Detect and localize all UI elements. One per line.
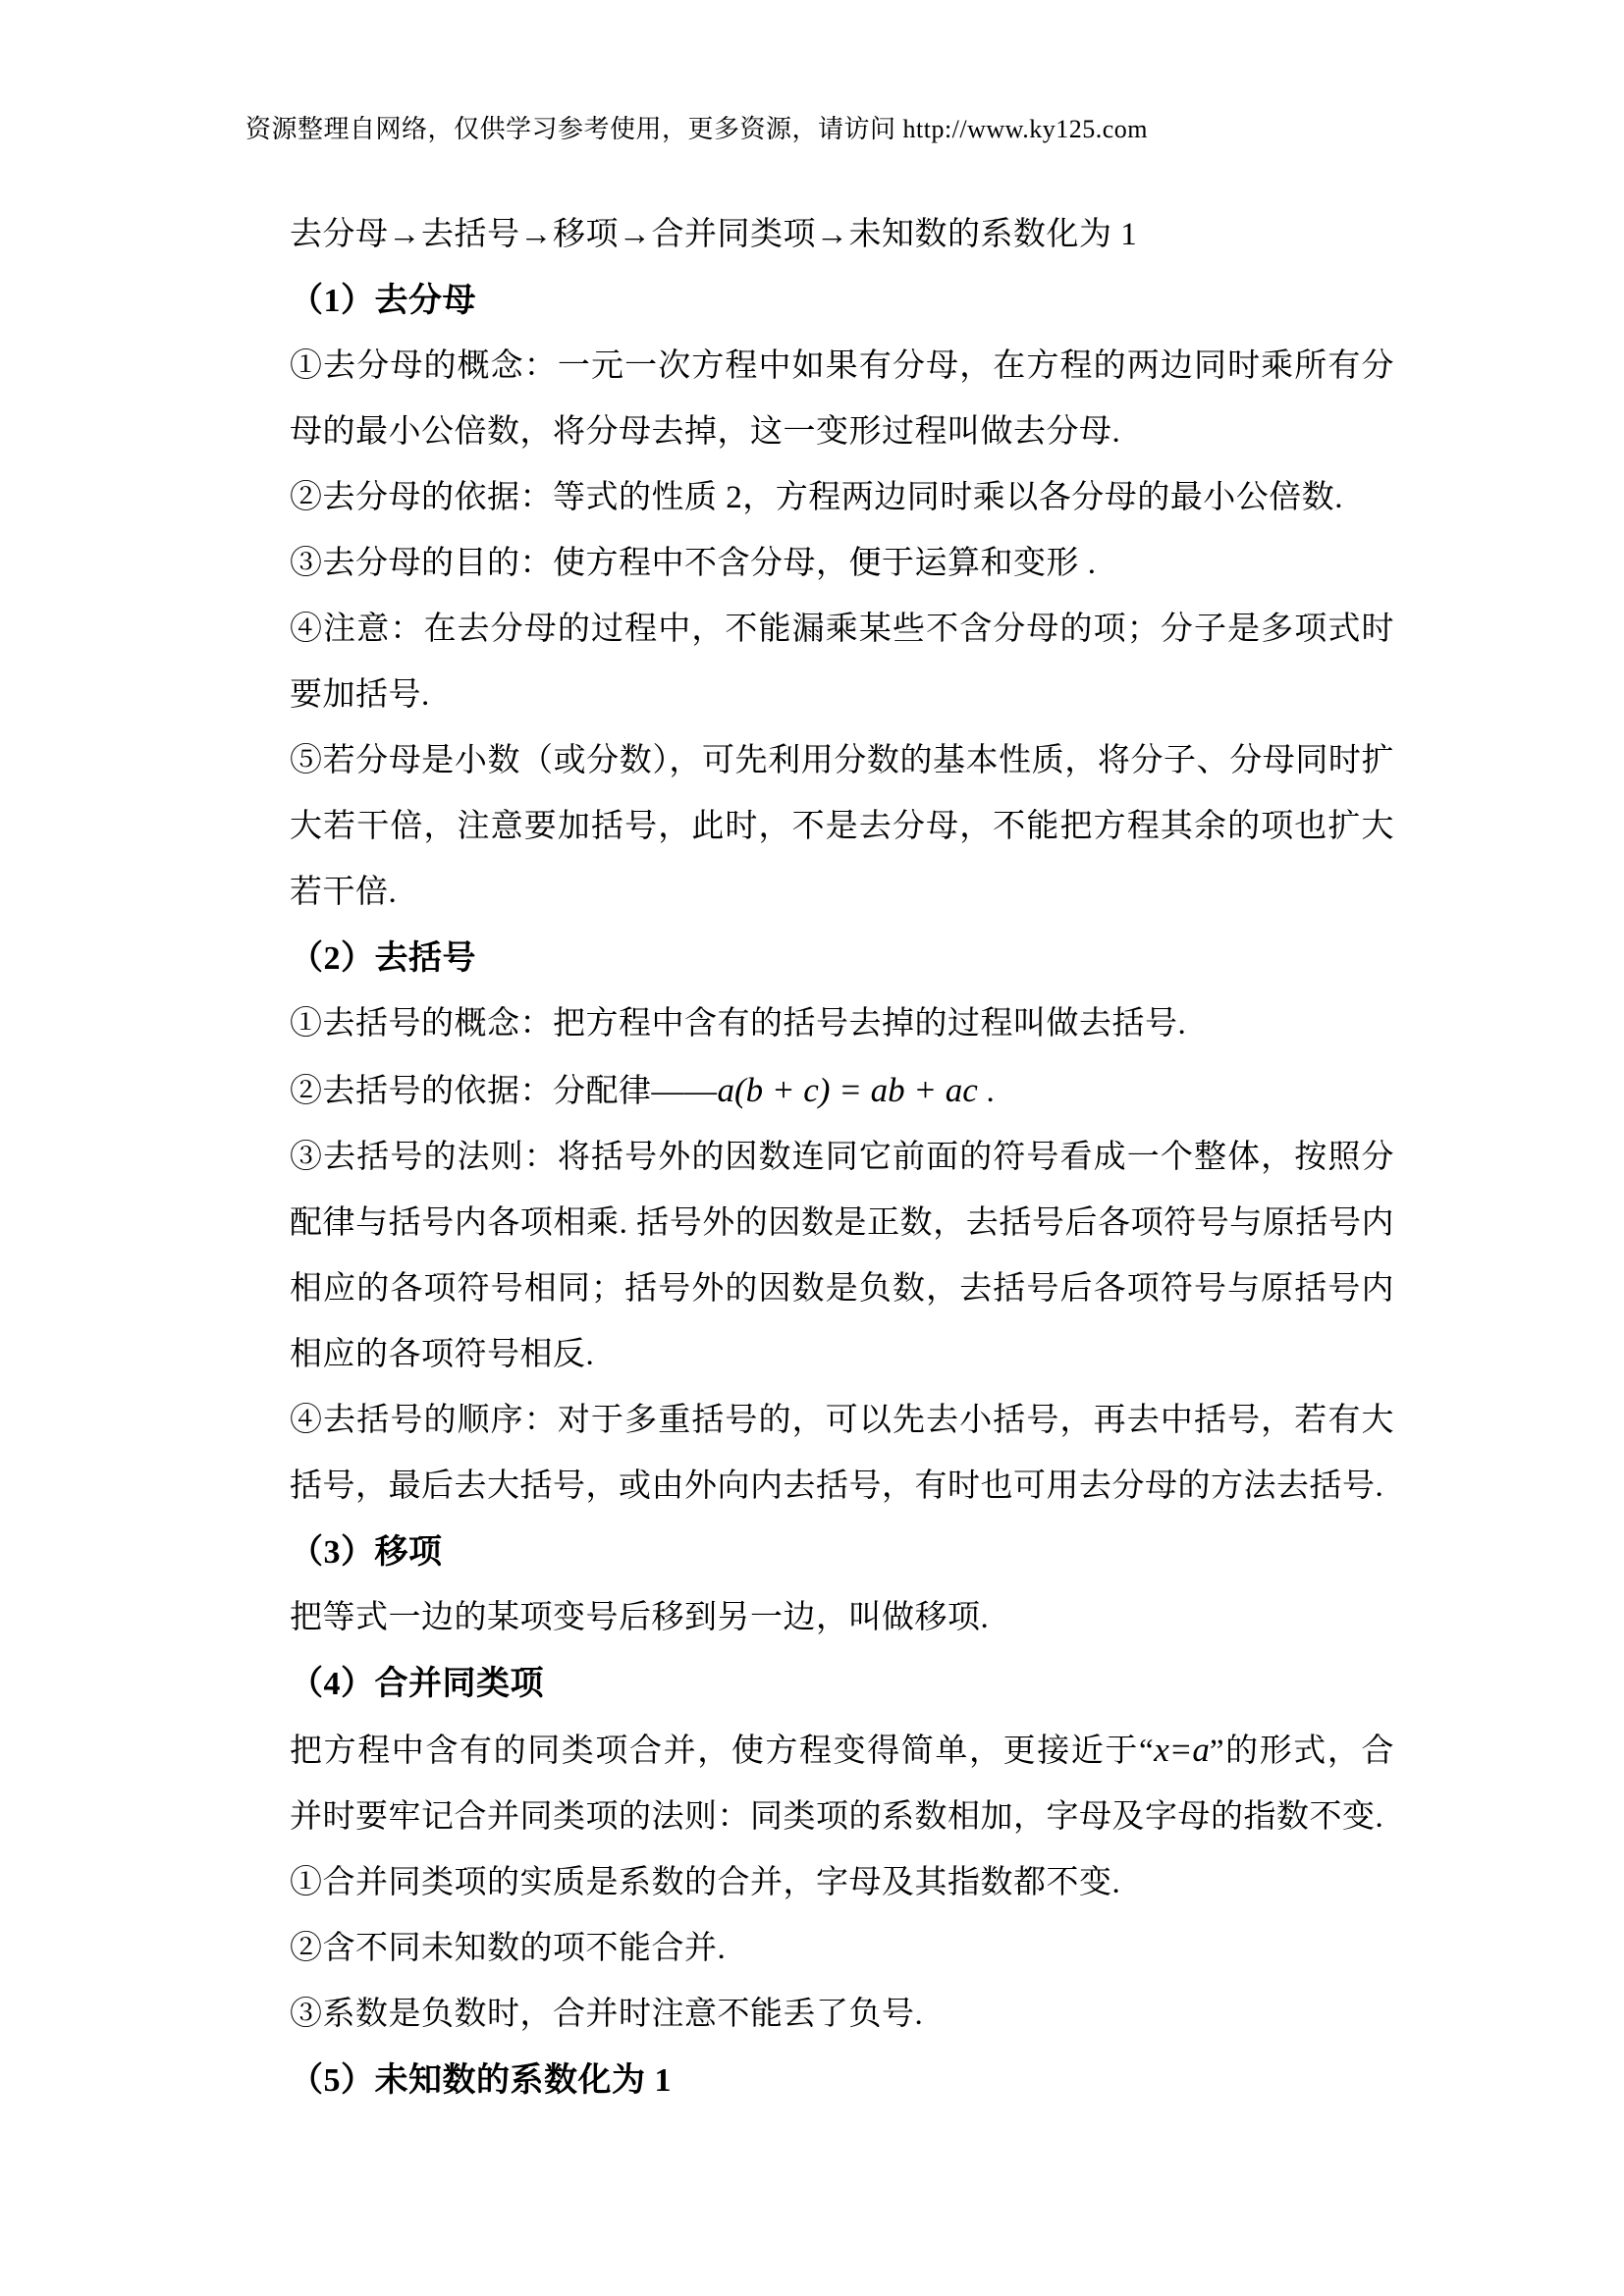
item-denominator-basis: ②去分母的依据：等式的性质 2，方程两边同时乘以各分母的最小公倍数.: [290, 465, 1394, 531]
section-heading-move-terms: （3）移项: [290, 1520, 1394, 1585]
item-brackets-basis-suffix: .: [978, 1074, 996, 1109]
item-denominator-concept: ①去分母的概念：一元一次方程中如果有分母，在方程的两边同时乘所有分母的最小公倍数…: [290, 334, 1394, 465]
section-heading-coefficient-to-one: （5）未知数的系数化为 1: [290, 2048, 1394, 2113]
move-terms-definition: 把等式一边的某项变号后移到另一边，叫做移项.: [290, 1585, 1394, 1651]
combine-like-terms-intro: 把方程中含有的同类项合并，使方程变得简单，更接近于“x=a”的形式，合并时要牢记…: [290, 1717, 1394, 1850]
item-denominator-purpose: ③去分母的目的：使方程中不含分母，便于运算和变形 .: [290, 531, 1394, 597]
item-combine-essence: ①合并同类项的实质是系数的合并，字母及其指数都不变.: [290, 1850, 1394, 1916]
item-denominator-decimal-case: ⑤若分母是小数（或分数），可先利用分数的基本性质，将分子、分母同时扩大若干倍，注…: [290, 728, 1394, 926]
item-brackets-concept: ①去括号的概念：把方程中含有的括号去掉的过程叫做去括号.: [290, 991, 1394, 1057]
section-heading-remove-denominator: （1）去分母: [290, 268, 1394, 334]
item-brackets-basis: ②去括号的依据：分配律——a(b + c) = ab + ac .: [290, 1057, 1394, 1125]
item-combine-different-unknowns: ②含不同未知数的项不能合并.: [290, 1916, 1394, 1982]
distributive-law-formula: a(b + c) = ab + ac: [718, 1071, 978, 1109]
document-page: 资源整理自网络，仅供学习参考使用，更多资源，请访问 http://www.ky1…: [0, 0, 1624, 2296]
item-combine-negative-coefficient: ③系数是负数时，合并时注意不能丢了负号.: [290, 1982, 1394, 2048]
x-equals-a-formula: x=a: [1154, 1731, 1210, 1769]
section-heading-remove-brackets: （2）去括号: [290, 926, 1394, 991]
section-heading-combine-like-terms: （4）合并同类项: [290, 1651, 1394, 1717]
item-brackets-rule: ③去括号的法则：将括号外的因数连同它前面的符号看成一个整体，按照分配律与括号内各…: [290, 1125, 1394, 1388]
combine-intro-prefix: 把方程中含有的同类项合并，使方程变得简单，更接近于“: [290, 1734, 1154, 1769]
header-source-notice: 资源整理自网络，仅供学习参考使用，更多资源，请访问 http://www.ky1…: [245, 110, 1424, 149]
item-denominator-note: ④注意：在去分母的过程中，不能漏乘某些不含分母的项；分子是多项式时要加括号.: [290, 597, 1394, 728]
item-brackets-basis-prefix: ②去括号的依据：分配律——: [290, 1074, 718, 1109]
solution-steps-flow-line: 去分母→去括号→移项→合并同类项→未知数的系数化为 1: [290, 202, 1394, 268]
document-body: 去分母→去括号→移项→合并同类项→未知数的系数化为 1 （1）去分母 ①去分母的…: [290, 202, 1394, 2113]
item-brackets-order: ④去括号的顺序：对于多重括号的，可以先去小括号，再去中括号，若有大括号，最后去大…: [290, 1388, 1394, 1520]
